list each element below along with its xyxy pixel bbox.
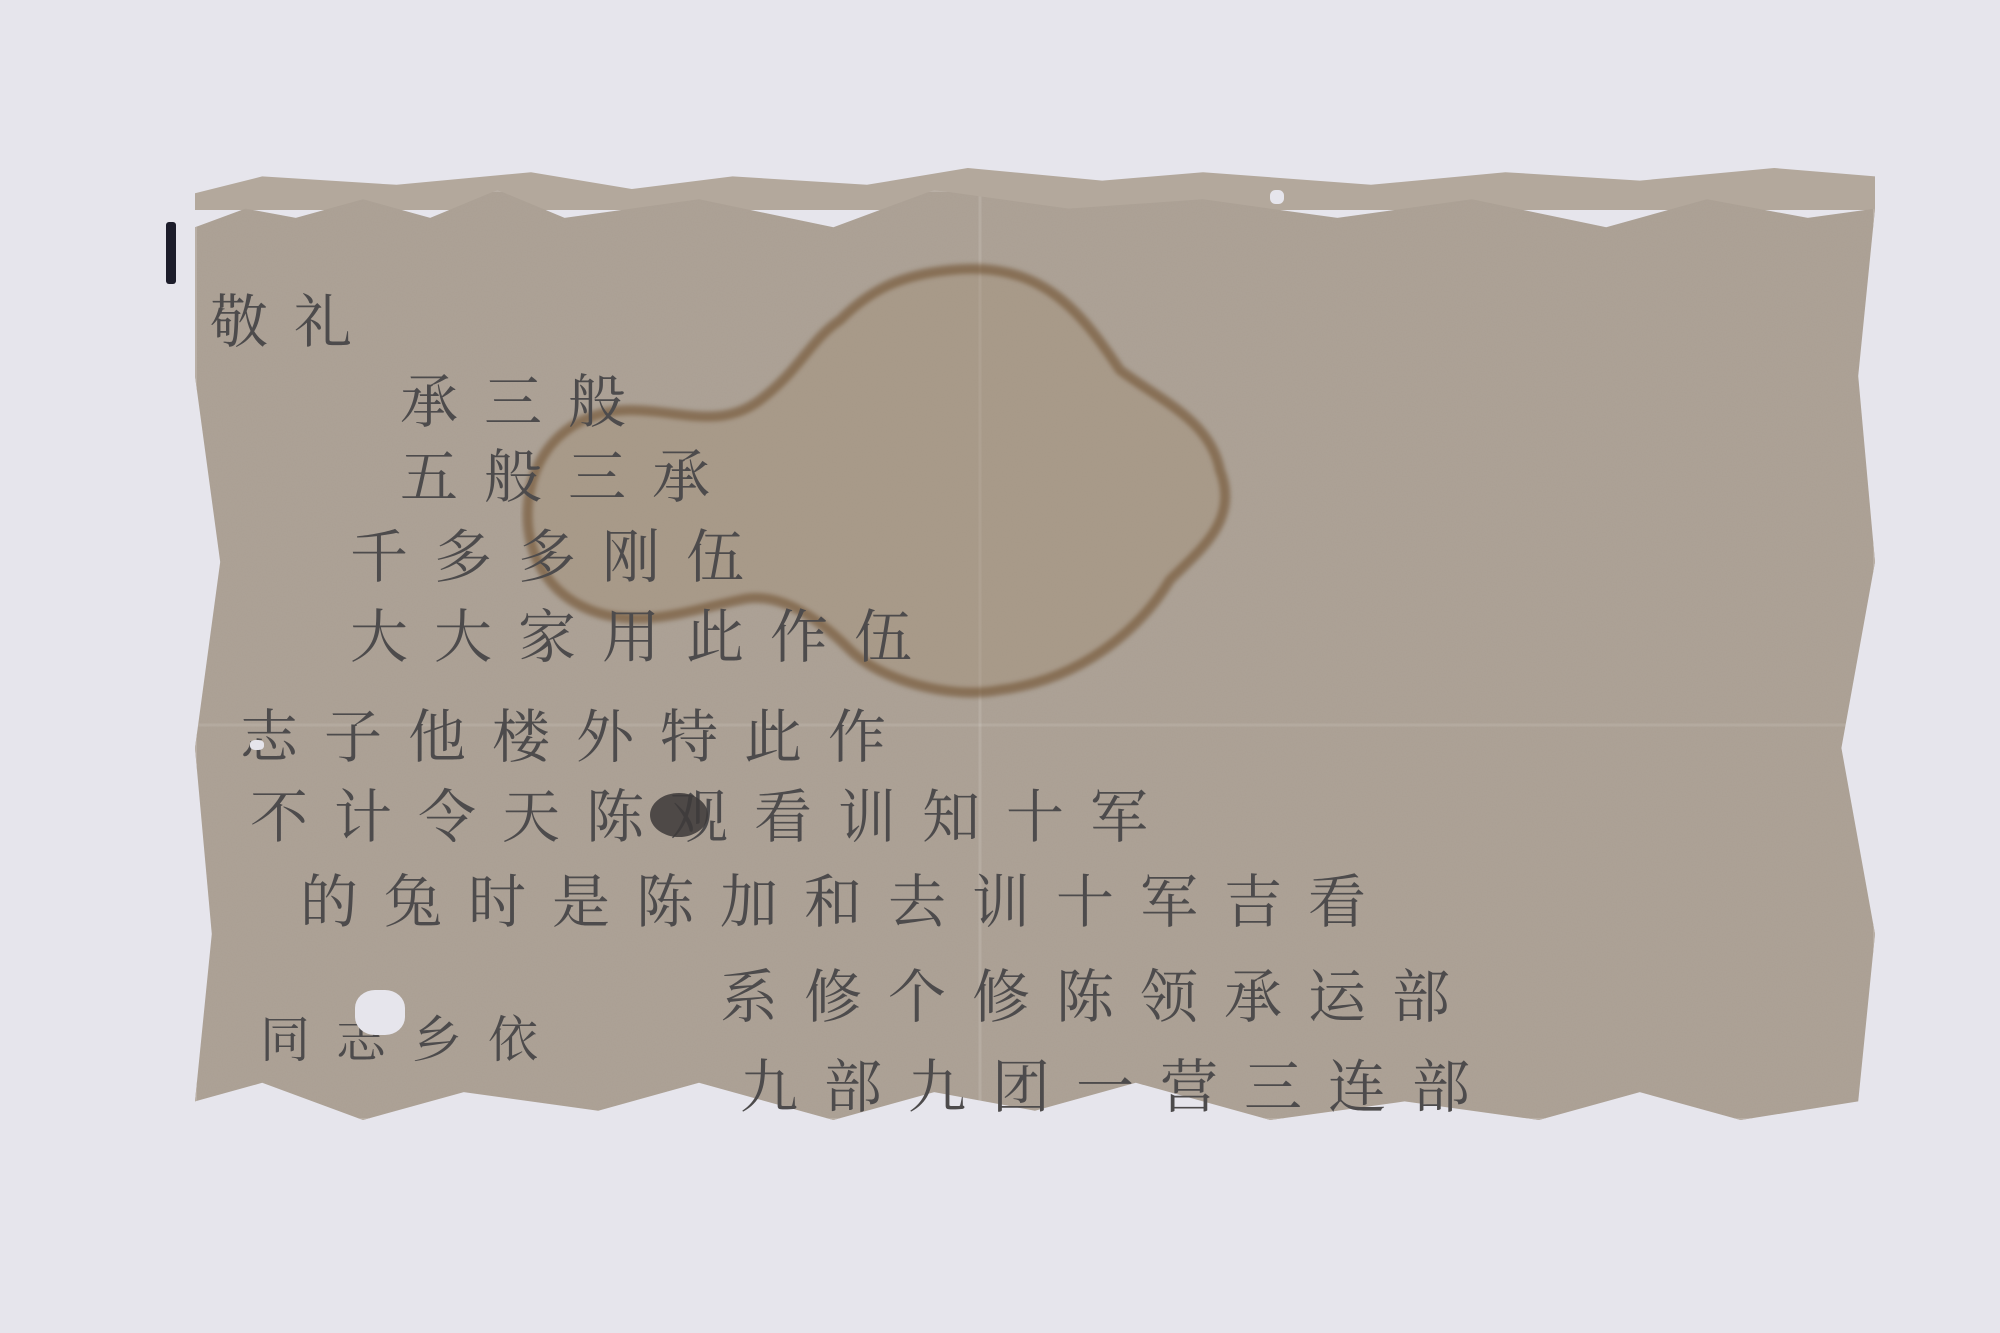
- column-4: 不计令天陈观看训知十军: [250, 770, 1174, 854]
- column-1: 九部九团一营三连部: [740, 1040, 1496, 1124]
- ink-seal: [650, 793, 708, 837]
- black-ink-mark: [166, 222, 176, 284]
- column-2: 系修个修陈领承运部: [720, 950, 1476, 1034]
- column-9: 承三般: [400, 355, 652, 439]
- signature-row: 同志乡依: [260, 1000, 564, 1072]
- paper-hole: [250, 740, 264, 750]
- column-7: 千多多刚伍: [350, 510, 770, 594]
- paper-hole: [355, 990, 405, 1035]
- column-3: 的兔时是陈加和去训十军吉看: [300, 855, 1392, 939]
- column-5: 志子他楼外特此作: [240, 690, 912, 774]
- column-8: 五般三承: [400, 430, 736, 514]
- paper-hole: [1270, 190, 1284, 204]
- column-6: 大大家用此作伍: [350, 590, 938, 674]
- closing-salutation: 敬礼: [210, 275, 378, 359]
